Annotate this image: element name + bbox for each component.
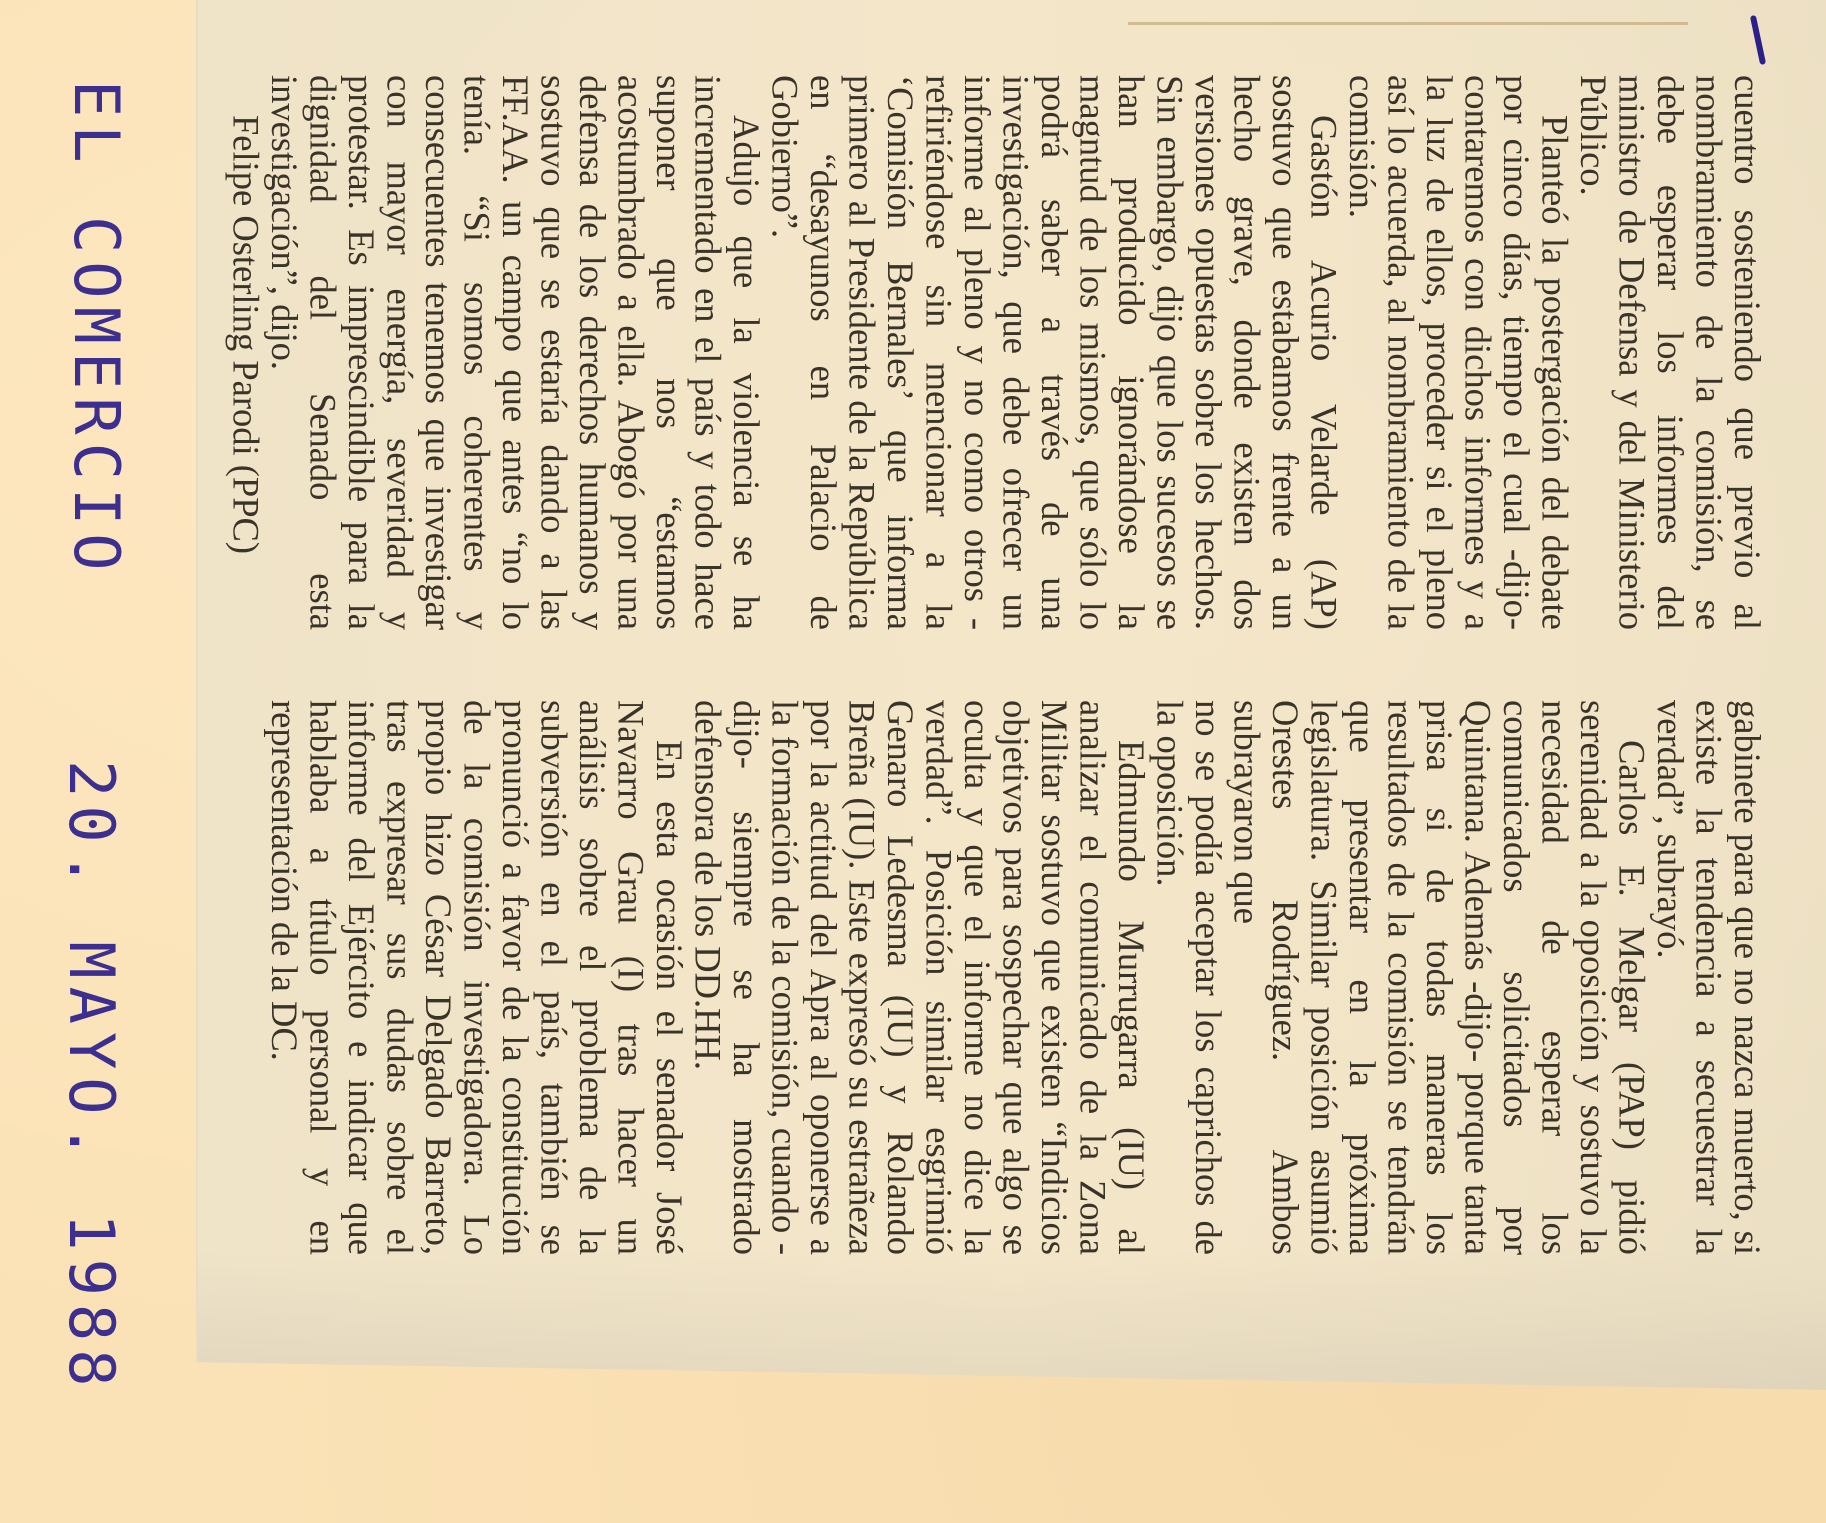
article-paragraph: Gastón Acurio Velarde (AP) sostuvo que e… [765,75,1343,630]
article-paragraph: gabinete para que no nazca muerto, si ex… [1651,700,1767,1255]
handwritten-date: 20. MAYO. 1988 [55,760,128,1395]
article-text-bottom-band: gabinete para que no nazca muerto, si ex… [265,700,1767,1255]
handwritten-newspaper-name: EL COMERCIO [60,80,133,579]
article-text-top-band: cuentro sosteniendo que previo al nombra… [226,75,1766,630]
article-paragraph: Felipe Osterling Parodi (PPC) [226,75,265,630]
article-paragraph: Planteó la postergación del debate por c… [1343,75,1574,630]
article-paragraph: En esta ocasión el senador José Navarro … [265,700,689,1255]
article-paragraph: Edmundo Murrugarra (IU) al analizar el c… [688,700,1150,1255]
article-paragraph: Carlos E. Melgar (PAP) pidió serenidad a… [1227,700,1651,1255]
article-paragraph: no se podía aceptar los caprichos de la … [1150,700,1227,1255]
article-paragraph: Adujo que la violencia se ha incrementad… [265,75,766,630]
fold-line [1128,22,1688,25]
article-paragraph: cuentro sosteniendo que previo al nombra… [1574,75,1767,630]
